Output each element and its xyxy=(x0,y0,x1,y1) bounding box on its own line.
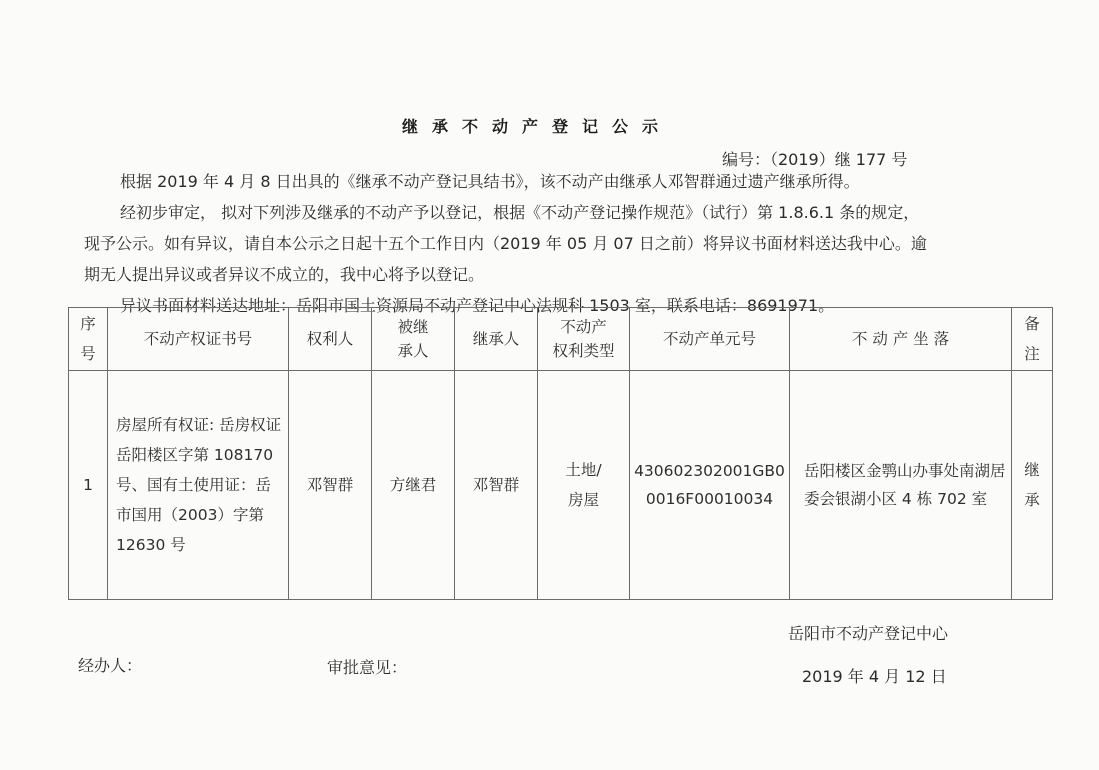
document-title: 继承不动产登记公示 xyxy=(402,114,672,137)
paragraph-basis: 根据 2019 年 4 月 8 日出具的《继承不动产登记具结书》，该不动产由继承… xyxy=(120,166,860,197)
issue-date: 2019 年 4 月 12 日 xyxy=(802,664,947,687)
cell-decedent: 方继君 xyxy=(372,371,455,600)
cell-owner: 邓智群 xyxy=(289,371,372,600)
handler-label: 经办人： xyxy=(78,653,142,676)
header-heir: 继承人 xyxy=(455,308,538,371)
header-seq: 序号 xyxy=(69,308,108,371)
cell-cert-no: 房屋所有权证: 岳房权证岳阳楼区字第 108170 号、国有土使用证：岳市国用（… xyxy=(108,371,289,600)
cell-location: 岳阳楼区金鹗山办事处南湖居委会银湖小区 4 栋 702 室 xyxy=(790,371,1012,600)
header-location: 不 动 产 坐 落 xyxy=(790,308,1012,371)
paragraph-notice-line3: 期无人提出异议或者异议不成立的，我中心将予以登记。 xyxy=(84,259,1040,290)
header-right-type: 不动产 权利类型 xyxy=(538,308,630,371)
table-row: 1 房屋所有权证: 岳房权证岳阳楼区字第 108170 号、国有土使用证：岳市国… xyxy=(69,371,1053,600)
header-owner: 权利人 xyxy=(289,308,372,371)
header-decedent: 被继 承人 xyxy=(372,308,455,371)
cell-unit-no: 430602302001GB0 0016F00010034 xyxy=(630,371,790,600)
table-header-row: 序号 不动产权证书号 权利人 被继 承人 继承人 不动产 权利类型 不动产单元号… xyxy=(69,308,1053,371)
issuing-organization: 岳阳市不动产登记中心 xyxy=(788,621,948,644)
approval-label: 审批意见： xyxy=(327,655,407,678)
paragraph-notice-line1: 经初步审定， 拟对下列涉及继承的不动产予以登记，根据《不动产登记操作规范》（试行… xyxy=(120,203,919,222)
paragraph-notice-line2: 现予公示。如有异议，请自本公示之日起十五个工作日内（2019 年 05 月 07… xyxy=(84,228,1040,259)
header-unit-no: 不动产单元号 xyxy=(630,308,790,371)
property-table: 序号 不动产权证书号 权利人 被继 承人 继承人 不动产 权利类型 不动产单元号… xyxy=(68,307,1053,600)
cell-seq: 1 xyxy=(69,371,108,600)
paragraph-notice: 经初步审定， 拟对下列涉及继承的不动产予以登记，根据《不动产登记操作规范》（试行… xyxy=(120,197,1040,290)
cell-right-type: 土地/ 房屋 xyxy=(538,371,630,600)
cell-remark: 继承 xyxy=(1012,371,1053,600)
header-remark: 备注 xyxy=(1012,308,1053,371)
header-cert-no: 不动产权证书号 xyxy=(108,308,289,371)
cell-heir: 邓智群 xyxy=(455,371,538,600)
